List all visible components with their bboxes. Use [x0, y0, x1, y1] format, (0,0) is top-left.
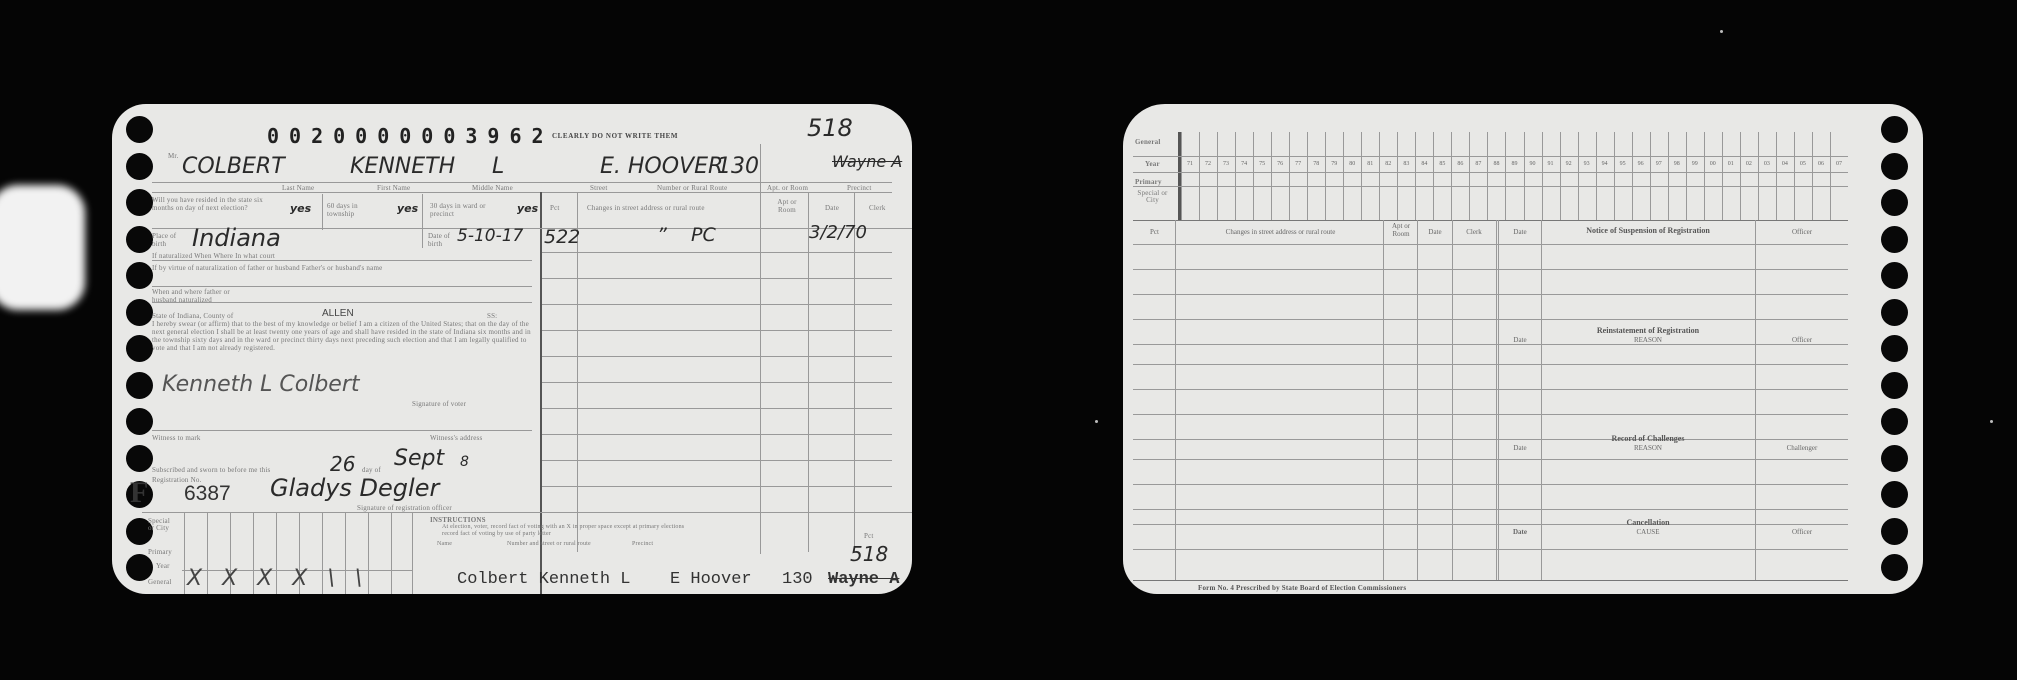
year-cell: 95 — [1614, 161, 1632, 167]
grid-label-year: Year — [1145, 160, 1160, 168]
punch-hole — [1881, 518, 1908, 545]
year-cell: 94 — [1596, 161, 1614, 167]
street-label: Street — [590, 184, 608, 192]
scanner-glare — [0, 185, 85, 310]
reinstatement-title: Reinstatement of Registration — [1543, 326, 1753, 335]
dust-speck — [1720, 30, 1723, 33]
township-answer: yes — [397, 202, 418, 215]
year-cell: 72 — [1199, 161, 1217, 167]
changes-col-header: Changes in street address or rural route — [1183, 228, 1378, 236]
grid-label-primary: Primary — [1135, 178, 1162, 186]
year-cell: 06 — [1812, 161, 1830, 167]
change-pct: 522 — [544, 226, 580, 248]
challenges-challenger-header: Challenger — [1757, 444, 1847, 452]
last-name: COLBERT — [182, 154, 285, 179]
punch-hole — [1881, 116, 1908, 143]
pct-bottom-label: Pct — [864, 532, 874, 540]
subscribed-day: 26 — [330, 452, 355, 476]
year-cell: 85 — [1433, 161, 1451, 167]
year-cell: 80 — [1343, 161, 1361, 167]
witness-address-label: Witness's address — [430, 434, 482, 442]
punch-hole — [126, 299, 153, 326]
registration-card-front: 0020000003962 CLEARLY DO NOT WRITE THEM … — [112, 104, 912, 594]
reinstatement-date-header: Date — [1501, 336, 1539, 344]
officer-label: Signature of registration officer — [357, 504, 452, 512]
oath-text: I hereby swear (or affirm) that to the b… — [152, 320, 532, 352]
notice-text: CLEARLY DO NOT WRITE THEM — [552, 132, 678, 140]
middle-name: L — [492, 154, 504, 179]
year-cell: 76 — [1271, 161, 1289, 167]
punch-hole — [1881, 481, 1908, 508]
year-cell: 74 — [1235, 161, 1253, 167]
street: E. HOOVER — [600, 154, 723, 179]
year-cell: 07 — [1830, 161, 1848, 167]
birthplace: Indiana — [192, 224, 281, 252]
oath-county: ALLEN — [322, 308, 354, 319]
serial-number: 0020000003962 — [267, 124, 554, 148]
grid-label-primary: Primary — [148, 548, 172, 556]
year-cell: 73 — [1217, 161, 1235, 167]
dust-speck — [1990, 420, 1993, 423]
punch-hole — [126, 153, 153, 180]
punch-hole — [126, 554, 153, 581]
punch-hole — [126, 372, 153, 399]
year-cell: 02 — [1740, 161, 1758, 167]
apt-col-header: Apt or Room — [772, 198, 802, 214]
first-name-label: First Name — [377, 184, 410, 192]
suspension-header: Notice of Suspension of Registration — [1543, 226, 1753, 235]
typed-number: 130 — [782, 570, 813, 589]
year-cell: 92 — [1560, 161, 1578, 167]
year-cell: 90 — [1524, 161, 1542, 167]
number-label: Number or Rural Route — [657, 184, 728, 192]
typed-ward: Wayne A — [828, 570, 899, 589]
house-number: 130 — [717, 154, 759, 179]
challenges-title: Record of Challenges — [1543, 434, 1753, 443]
punch-holes — [1881, 104, 1911, 594]
year-cell: 89 — [1505, 161, 1523, 167]
change-date: 3/2/70 — [809, 222, 867, 243]
first-name: KENNETH — [350, 154, 455, 179]
clerk-col-header: Clerk — [869, 204, 886, 212]
ward-question: 30 days in ward or precinct — [430, 202, 510, 218]
changes-col-header: Changes in street address or rural route — [587, 204, 705, 212]
cancellation-cause-header: CAUSE — [1543, 528, 1753, 536]
punch-hole — [126, 335, 153, 362]
reinstatement-officer-header: Officer — [1757, 336, 1847, 344]
grid-label-general: General — [148, 578, 172, 586]
year-cell: 03 — [1758, 161, 1776, 167]
change-address: ” PC — [657, 224, 716, 246]
middle-name-label: Middle Name — [472, 184, 513, 192]
pct-col-header: Pct — [550, 204, 560, 212]
by-virtue-line: If by virtue of naturalization of father… — [152, 264, 412, 272]
instructions-line2: record fact of voting by use of party le… — [442, 531, 551, 537]
suspension-date-header: Date — [1501, 228, 1539, 236]
punch-hole — [126, 445, 153, 472]
ward: Wayne A — [832, 152, 902, 171]
state-residence-question: Will you have resided in the state six m… — [152, 196, 272, 212]
clerk-col-header: Clerk — [1454, 228, 1494, 236]
punch-hole — [1881, 554, 1908, 581]
registration-number: 6387 — [184, 482, 231, 506]
instructions-field-name: Name — [437, 541, 452, 547]
year-cell: 88 — [1487, 161, 1505, 167]
punch-hole — [1881, 408, 1908, 435]
punch-hole — [1881, 153, 1908, 180]
punch-hole — [1881, 226, 1908, 253]
subscribed-month: Sept — [394, 446, 444, 471]
grid-label-special: Special or City — [148, 518, 176, 532]
township-question: 60 days in township — [327, 202, 377, 218]
dust-speck — [1095, 420, 1098, 423]
birthdate-label: Date of birth — [428, 232, 460, 248]
punch-hole — [1881, 445, 1908, 472]
suspension-officer-header: Officer — [1757, 228, 1847, 236]
year-cell: 04 — [1776, 161, 1794, 167]
date-col-header: Date — [825, 204, 839, 212]
ward-answer: yes — [517, 202, 538, 215]
punch-hole — [1881, 189, 1908, 216]
punch-hole — [126, 189, 153, 216]
birthplace-label: Place of birth — [152, 232, 184, 248]
year-cell: 71 — [1181, 161, 1199, 167]
challenges-date-header: Date — [1501, 444, 1539, 452]
subscribed-year: 8 — [460, 454, 469, 470]
year-cell: 78 — [1307, 161, 1325, 167]
instructions-line1: At election, voter, record fact of votin… — [442, 524, 684, 530]
name-prefix: Mr. — [168, 152, 179, 160]
year-cell: 01 — [1722, 161, 1740, 167]
pct-bottom: 518 — [850, 542, 888, 566]
instructions-field-precinct: Precinct — [632, 541, 653, 547]
grid-label-special: Special or City — [1135, 190, 1170, 204]
year-cell: 75 — [1253, 161, 1271, 167]
signature-label: Signature of voter — [412, 400, 466, 408]
typed-street: E Hoover — [670, 570, 752, 589]
punch-hole — [1881, 262, 1908, 289]
year-cell: 98 — [1668, 161, 1686, 167]
punch-hole — [1881, 299, 1908, 326]
cancellation-officer-header: Officer — [1757, 528, 1847, 536]
year-cell: 82 — [1379, 161, 1397, 167]
registration-card-back: General Year Primary Special or City 717… — [1123, 104, 1923, 594]
year-cell: 79 — [1325, 161, 1343, 167]
year-cell: 87 — [1469, 161, 1487, 167]
challenges-reason-header: REASON — [1543, 444, 1753, 452]
officer-signature: Gladys Degler — [270, 474, 439, 502]
year-cell: 00 — [1704, 161, 1722, 167]
year-cell: 05 — [1794, 161, 1812, 167]
date-col-header: Date — [1419, 228, 1451, 236]
voter-signature: Kenneth L Colbert — [162, 372, 360, 397]
year-cell: 83 — [1397, 161, 1415, 167]
precinct-top: 518 — [807, 114, 853, 142]
year-cell: 77 — [1289, 161, 1307, 167]
grid-label-general: General — [1135, 138, 1161, 146]
cancellation-date-header: Date — [1501, 528, 1539, 536]
year-cell: 84 — [1415, 161, 1433, 167]
grid-label-year: Year — [156, 562, 170, 570]
punch-hole — [1881, 335, 1908, 362]
oath-state-county: State of Indiana, County of — [152, 312, 233, 320]
apt-col-header: Apt or Room — [1385, 222, 1417, 238]
year-cell: 96 — [1632, 161, 1650, 167]
year-cell: 86 — [1451, 161, 1469, 167]
form-footer: Form No. 4 Prescribed by State Board of … — [1198, 584, 1406, 592]
subscribed-text: Subscribed and sworn to before me this — [152, 466, 270, 474]
year-cell: 97 — [1650, 161, 1668, 167]
punch-hole — [126, 408, 153, 435]
oath-ss: SS: — [487, 312, 497, 320]
reinstatement-reason-header: REASON — [1543, 336, 1753, 344]
year-cell: 93 — [1578, 161, 1596, 167]
instructions-field-street: Number and street or rural route — [507, 541, 591, 547]
year-cell: 99 — [1686, 161, 1704, 167]
witness-label: Witness to mark — [152, 434, 201, 442]
subscribed-day-label: day of — [362, 466, 381, 474]
pct-col-header: Pct — [1137, 228, 1172, 236]
typed-name: Colbert Kenneth L — [457, 570, 630, 589]
instructions-title: INSTRUCTIONS — [430, 516, 486, 524]
year-cell: 91 — [1542, 161, 1560, 167]
form-letter: F — [130, 476, 148, 510]
precinct-label: Precinct — [847, 184, 872, 192]
punch-hole — [126, 262, 153, 289]
last-name-label: Last Name — [282, 184, 314, 192]
punch-hole — [126, 116, 153, 143]
cancellation-title: Cancellation — [1543, 518, 1753, 527]
general-election-marks: XXXX\\ — [187, 566, 382, 591]
state-residence-answer: yes — [290, 202, 311, 215]
birthdate: 5-10-17 — [457, 226, 523, 246]
naturalized-line: If naturalized When Where In what court — [152, 252, 275, 260]
punch-hole — [126, 226, 153, 253]
punch-hole — [1881, 372, 1908, 399]
year-cell: 81 — [1361, 161, 1379, 167]
apt-label: Apt. or Room — [767, 184, 808, 192]
